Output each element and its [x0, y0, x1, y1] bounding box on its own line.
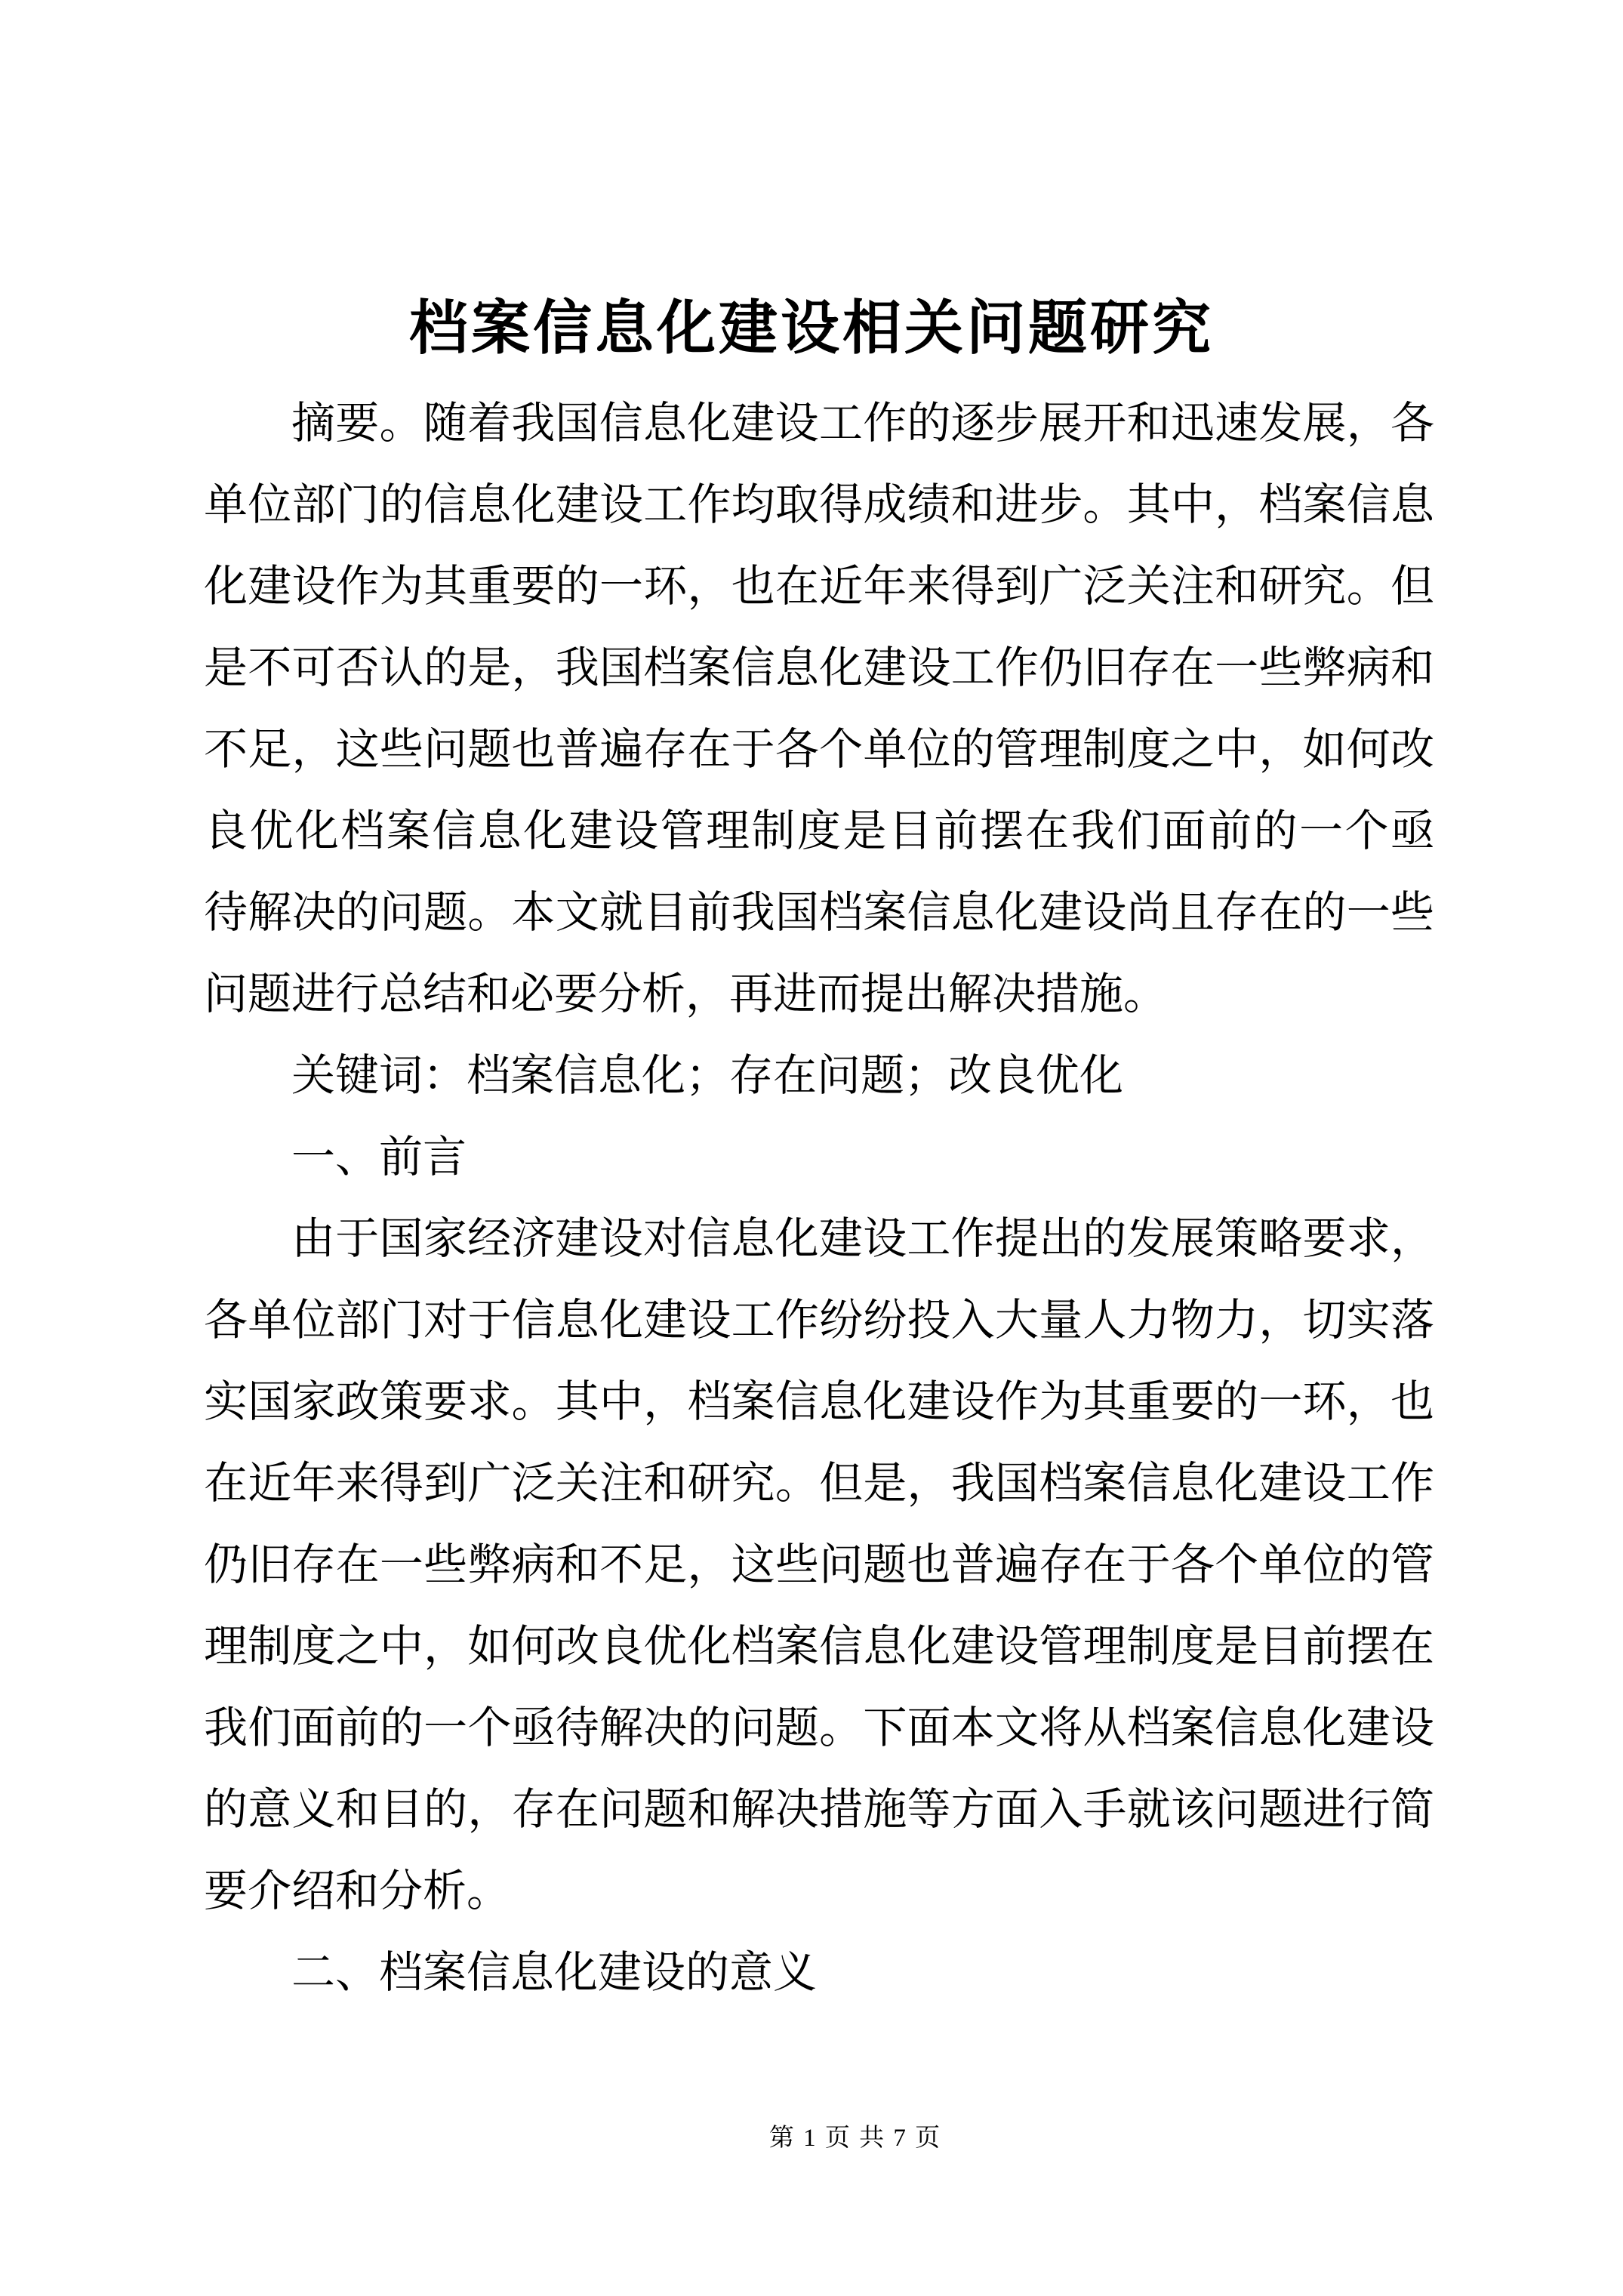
intro-line-5: 仍旧存在一些弊病和不足，这些问题也普遍存在于各个单位的管 [204, 1524, 1434, 1606]
abstract-line-1: 摘要。随着我国信息化建设工作的逐步展开和迅速发展，各 [204, 383, 1434, 464]
keywords-line: 关键词：档案信息化；存在问题；改良优化 [204, 1035, 1434, 1117]
section-1-heading: 一、前言 [204, 1117, 1434, 1198]
abstract-line-3: 化建设作为其重要的一环，也在近年来得到广泛关注和研究。但 [204, 546, 1434, 627]
intro-line-8: 的意义和目的，存在问题和解决措施等方面入手就该问题进行简 [204, 1769, 1434, 1851]
abstract-line-8: 问题进行总结和必要分析，再进而提出解决措施。 [204, 954, 1434, 1035]
intro-line-7: 我们面前的一个亟待解决的问题。下面本文将从档案信息化建设 [204, 1687, 1434, 1769]
abstract-line-4: 是不可否认的是，我国档案信息化建设工作仍旧存在一些弊病和 [204, 627, 1434, 709]
page-number-text: 第 1 页 共 7 页 [769, 2125, 941, 2152]
intro-line-4: 在近年来得到广泛关注和研究。但是，我国档案信息化建设工作 [204, 1443, 1434, 1524]
intro-line-2: 各单位部门对于信息化建设工作纷纷投入大量人力物力，切实落 [204, 1280, 1434, 1361]
abstract-line-6: 良优化档案信息化建设管理制度是目前摆在我们面前的一个亟 [204, 791, 1434, 872]
intro-line-3: 实国家政策要求。其中，档案信息化建设作为其重要的一环，也 [204, 1361, 1434, 1443]
abstract-line-5: 不足，这些问题也普遍存在于各个单位的管理制度之中，如何改 [204, 709, 1434, 791]
intro-line-9: 要介绍和分析。 [204, 1851, 1434, 1932]
intro-line-1: 由于国家经济建设对信息化建设工作提出的发展策略要求， [204, 1198, 1434, 1280]
intro-line-6: 理制度之中，如何改良优化档案信息化建设管理制度是目前摆在 [204, 1606, 1434, 1687]
page-footer: 第 1 页 共 7 页 [0, 2122, 1623, 2155]
document-title: 档案信息化建设相关问题研究 [0, 294, 1623, 362]
document-body: 摘要。随着我国信息化建设工作的逐步展开和迅速发展，各 单位部门的信息化建设工作均… [204, 383, 1434, 2014]
section-2-heading: 二、档案信息化建设的意义 [204, 1932, 1434, 2014]
abstract-line-2: 单位部门的信息化建设工作均取得成绩和进步。其中，档案信息 [204, 464, 1434, 546]
document-page: 档案信息化建设相关问题研究 摘要。随着我国信息化建设工作的逐步展开和迅速发展，各… [0, 0, 1623, 2296]
abstract-line-7: 待解决的问题。本文就目前我国档案信息化建设尚且存在的一些 [204, 872, 1434, 954]
